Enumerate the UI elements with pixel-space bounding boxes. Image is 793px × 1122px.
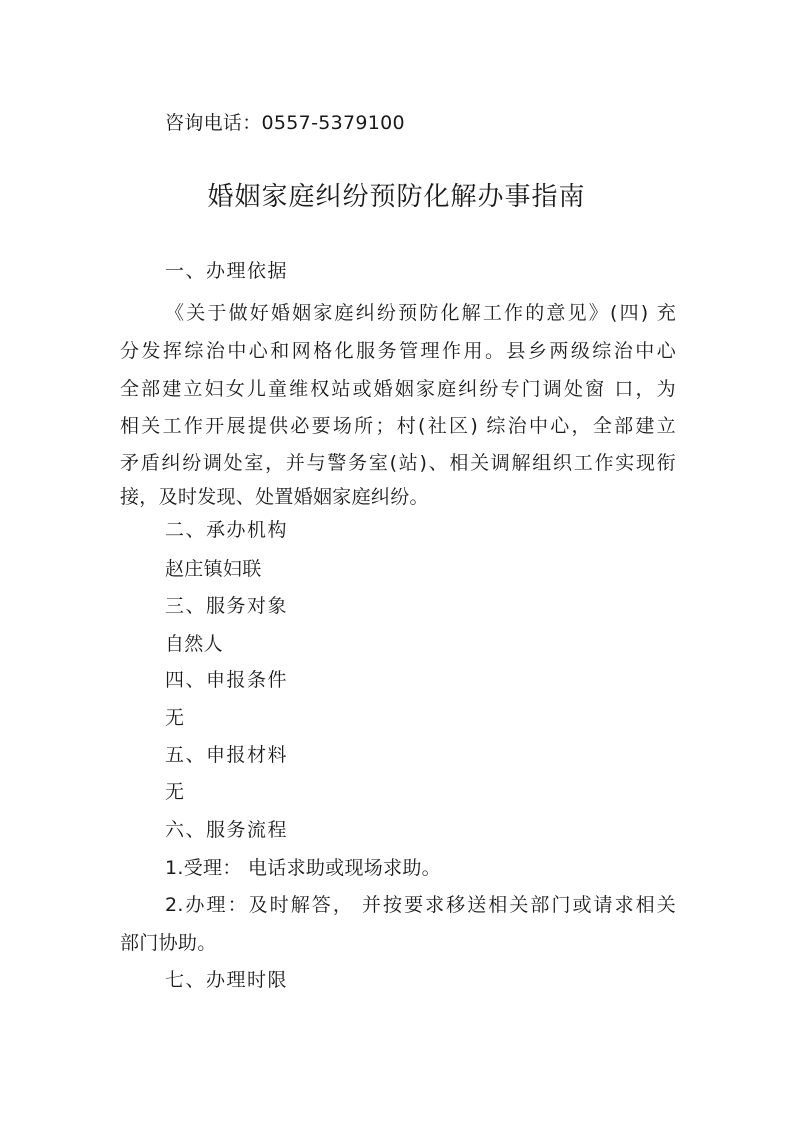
section-heading-conditions: 四、申报条件 — [165, 668, 288, 692]
paragraph-line: 分发挥综治中心和网格化服务管理作用。县乡两级综治中心 — [120, 339, 676, 363]
contact-phone-line: 咨询电话：0557-5379100 — [165, 111, 405, 135]
conditions-value: 无 — [165, 706, 184, 730]
section-heading-time-limit: 七、办理时限 — [165, 968, 288, 992]
paragraph-line: 《关于做好婚姻家庭纠纷预防化解工作的意见》(四) 充 — [165, 301, 676, 325]
process-step-2: 2.办理：及时解答， 并按要求移送相关部门或请求相关 — [165, 893, 676, 917]
paragraph-line: 矛盾纠纷调处室，并与警务室(站)、相关调解组织工作实现衔 — [120, 451, 676, 475]
paragraph-line: 相关工作开展提供必要场所；村(社区) 综治中心，全部建立 — [120, 414, 676, 438]
section-heading-materials: 五、申报材料 — [165, 743, 288, 767]
paragraph-line: 全部建立妇女儿童维权站或婚姻家庭纠纷专门调处窗 口，为 — [120, 377, 676, 401]
materials-value: 无 — [165, 780, 184, 804]
process-step-2-continued: 部门协助。 — [120, 931, 217, 955]
section-heading-organization: 二、承办机构 — [165, 518, 288, 542]
document-page: 咨询电话：0557-5379100 婚姻家庭纠纷预防化解办事指南 一、办理依据 … — [0, 0, 793, 1122]
contact-phone: 0557-5379100 — [262, 112, 405, 134]
process-step-1: 1.受理： 电话求助或现场求助。 — [165, 856, 441, 880]
section-heading-basis: 一、办理依据 — [165, 259, 288, 283]
paragraph-line: 接，及时发现、处置婚姻家庭纠纷。 — [120, 485, 429, 509]
section-heading-target: 三、服务对象 — [165, 594, 288, 618]
contact-label: 咨询电话： — [165, 112, 262, 134]
organization-value: 赵庄镇妇联 — [165, 557, 262, 581]
document-title: 婚姻家庭纠纷预防化解办事指南 — [0, 180, 793, 214]
section-heading-process: 六、服务流程 — [165, 818, 288, 842]
target-value: 自然人 — [165, 632, 223, 656]
